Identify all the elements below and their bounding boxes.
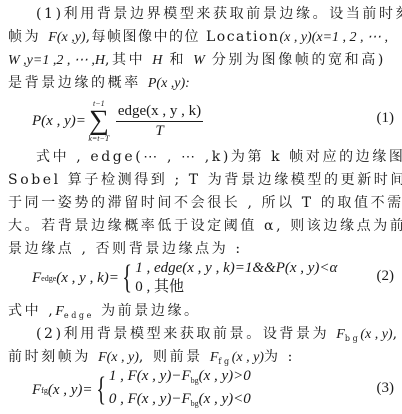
summation: t−1 ∑ k=t−T [86,99,112,143]
numerator: edge(x , y , k) [116,103,203,122]
text: (2)利用背景模型来获取前景。设背景为 [36,326,329,342]
left-brace-icon: { [96,373,106,407]
text: ,其中 [105,52,145,68]
denominator: T [116,122,203,140]
eq1-lhs: P(x , y)= [32,113,86,130]
case-1-tail: (x , y)>0 [199,368,251,384]
case-1-head: 1 , F(x , y)−F [109,368,191,384]
equation-2: Fedge(x , y , k)= { 1 , edge(x , y , k)=… [0,258,402,298]
case-1: 1 , F(x , y)−Fbg(x , y)>0 [109,367,251,390]
text: 为 : [264,349,295,365]
case-2-tail: (x , y)<0 [199,391,251,407]
sum-lower-limit: k=t−T [86,134,112,143]
math-range: W ,y=1 ,2 , ⋯ ,H [8,53,105,68]
eq2-lhs-subscript: edge [41,274,56,283]
subscript: edge [64,311,94,320]
left-brace-icon: { [122,261,132,295]
fraction: edge(x , y , k) T [116,103,203,140]
paragraph2-line3: 于同一姿势的滞留时间不会很长 , 所以 T 的取值不需很 [8,193,396,213]
text: , 当 [393,326,402,342]
case-1: 1 , edge(x , y , k)=1&&P(x , y)<α [135,259,337,278]
math-P-xy: P(x ,y): [148,76,190,91]
math-location-args: (x , y)(x=1 , 2 , ⋯ , [279,30,388,45]
paragraph2-line2: Sobel 算子检测得到 ; T 为背景边缘模型的更新时间 , 由 [8,170,396,190]
case-2: 0 , F(x , y)−Fbg(x , y)<0 [109,390,251,413]
eq2-lhs-F: F [32,270,41,287]
cases: 1 , F(x , y)−Fbg(x , y)>0 0 , F(x , y)−F… [109,367,251,413]
paragraph3-line1: 式中 ,Fedge 为前景边缘。 [8,301,396,326]
paragraph1-line4: 是背景边缘的概率 P(x ,y): [8,73,396,94]
eq3-lhs-subscript: fg [41,386,48,395]
equation-number: (2) [377,268,395,285]
equation-3: Ffg(x , y)= { 1 , F(x , y)−Fbg(x , y)>0 … [0,368,402,412]
equation-number: (1) [377,110,395,127]
math-W: W [193,53,205,68]
subscript: bg [345,334,360,343]
text: ,每帧图像中的位 Location [86,29,280,45]
paragraph4-line1: (2)利用背景模型来获取前景。设背景为 Fbg(x , y), 当 [36,324,396,349]
paragraph2-line4: 大。若背景边缘概率低于设定阈值 α, 则该边缘点为前 [8,216,396,236]
text: 为前景边缘。 [101,303,201,319]
math-F-xy: F(x , y) [98,350,139,365]
case-2: 0 , 其他 [135,278,337,297]
paragraph1-line1: (1)利用背景边界模型来获取前景边缘。设当前时刻 [36,4,396,24]
eq2-lhs-args: (x , y , k)= [56,270,119,287]
text: 帧为 [8,29,41,45]
eq3-lhs-F: F [32,382,41,399]
equation-1: P(x , y)= t−1 ∑ k=t−T edge(x , y , k) T … [0,96,402,146]
math-F-xy: F(x ,y) [48,30,85,45]
text: 是背景边缘的概率 [8,75,141,91]
paragraph2-line1: 式中 , edge(⋯ , ⋯ ,k)为第 k 帧对应的边缘图像 , 通过 [36,147,396,167]
paragraph1-line2: 帧为 F(x ,y),每帧图像中的位 Location(x , y)(x=1 ,… [8,27,396,48]
math-F: F [336,327,345,342]
paragraph1-line3: W ,y=1 ,2 , ⋯ ,H,其中 H 和 W 分别为图像帧的宽和高) [8,50,396,71]
case-2-head: 0 , F(x , y)−F [109,391,191,407]
subscript: fg [218,357,231,366]
cases: 1 , edge(x , y , k)=1&&P(x , y)<α 0 , 其他 [135,259,337,297]
text: 前时刻帧为 [8,349,91,365]
text: 和 [169,52,186,68]
subscript: bg [191,399,199,408]
sigma-icon: ∑ [86,108,112,134]
text: 式中 , [8,303,55,319]
eq3-lhs-args: (x , y)= [48,382,93,399]
math-H: H [152,53,162,68]
subscript: bg [191,376,199,385]
math-F: F [55,304,64,319]
math-args: (x , y) [232,350,264,365]
paragraph2-line5: 景边缘点 , 否则背景边缘点为 : [8,239,396,259]
equation-number: (3) [377,380,395,397]
text: , 则前景 [139,349,203,365]
text: 分别为图像帧的宽和高) [212,52,386,68]
math-args: (x , y) [360,327,392,342]
